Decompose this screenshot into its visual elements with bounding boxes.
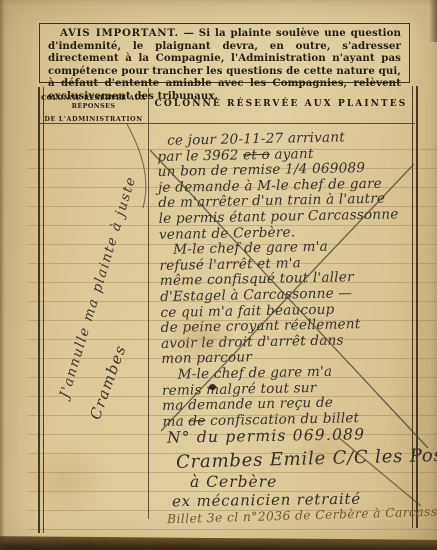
- struck-text: de: [188, 413, 205, 429]
- header-bottom-rule: [38, 123, 415, 124]
- admin-annotation-text: J'annulle ma plainte à juste: [57, 174, 140, 400]
- permit-number-line: N° du permis 069.089: [167, 425, 366, 446]
- important-notice-box: AVIS IMPORTANT. — Si la plainte soulève …: [37, 21, 412, 85]
- admin-column-header-line2: DE L'ADMINISTRATION: [41, 115, 146, 123]
- important-notice-text: AVIS IMPORTANT. — Si la plainte soulève …: [48, 27, 401, 103]
- scan-corner-shadow: [429, 0, 437, 42]
- plaints-column-header: COLONNE RÉSERVÉE AUX PLAINTES: [150, 99, 412, 109]
- column-separator: [148, 88, 149, 519]
- complaint-handwriting-block: ce jour 20-11-27 arrivant par le 3962 et…: [157, 129, 431, 430]
- signature-place: à Cerbère: [190, 473, 277, 491]
- admin-column-header: COLONNE RÉSERVÉE AUX RÉPONSES DE L'ADMIN…: [41, 94, 146, 123]
- struck-text: et o: [243, 146, 270, 163]
- important-notice-title: AVIS IMPORTANT.: [60, 27, 179, 39]
- scan-left-edge-shade: [0, 0, 5, 550]
- signature-name: Crambes Emile C/C les Postes: [176, 444, 437, 473]
- important-notice-inner-border: AVIS IMPORTANT. — Si la plainte soulève …: [39, 23, 410, 83]
- admin-annotation-signature: Crambes: [86, 342, 130, 422]
- form-left-border: [38, 87, 44, 533]
- admin-column-header-line1: COLONNE RÉSERVÉE AUX RÉPONSES: [41, 94, 146, 110]
- paper-stain: [20, 440, 110, 520]
- scan-bottom-edge: [0, 536, 437, 550]
- scanned-complaint-form-page: AVIS IMPORTANT. — Si la plainte soulève …: [0, 0, 437, 550]
